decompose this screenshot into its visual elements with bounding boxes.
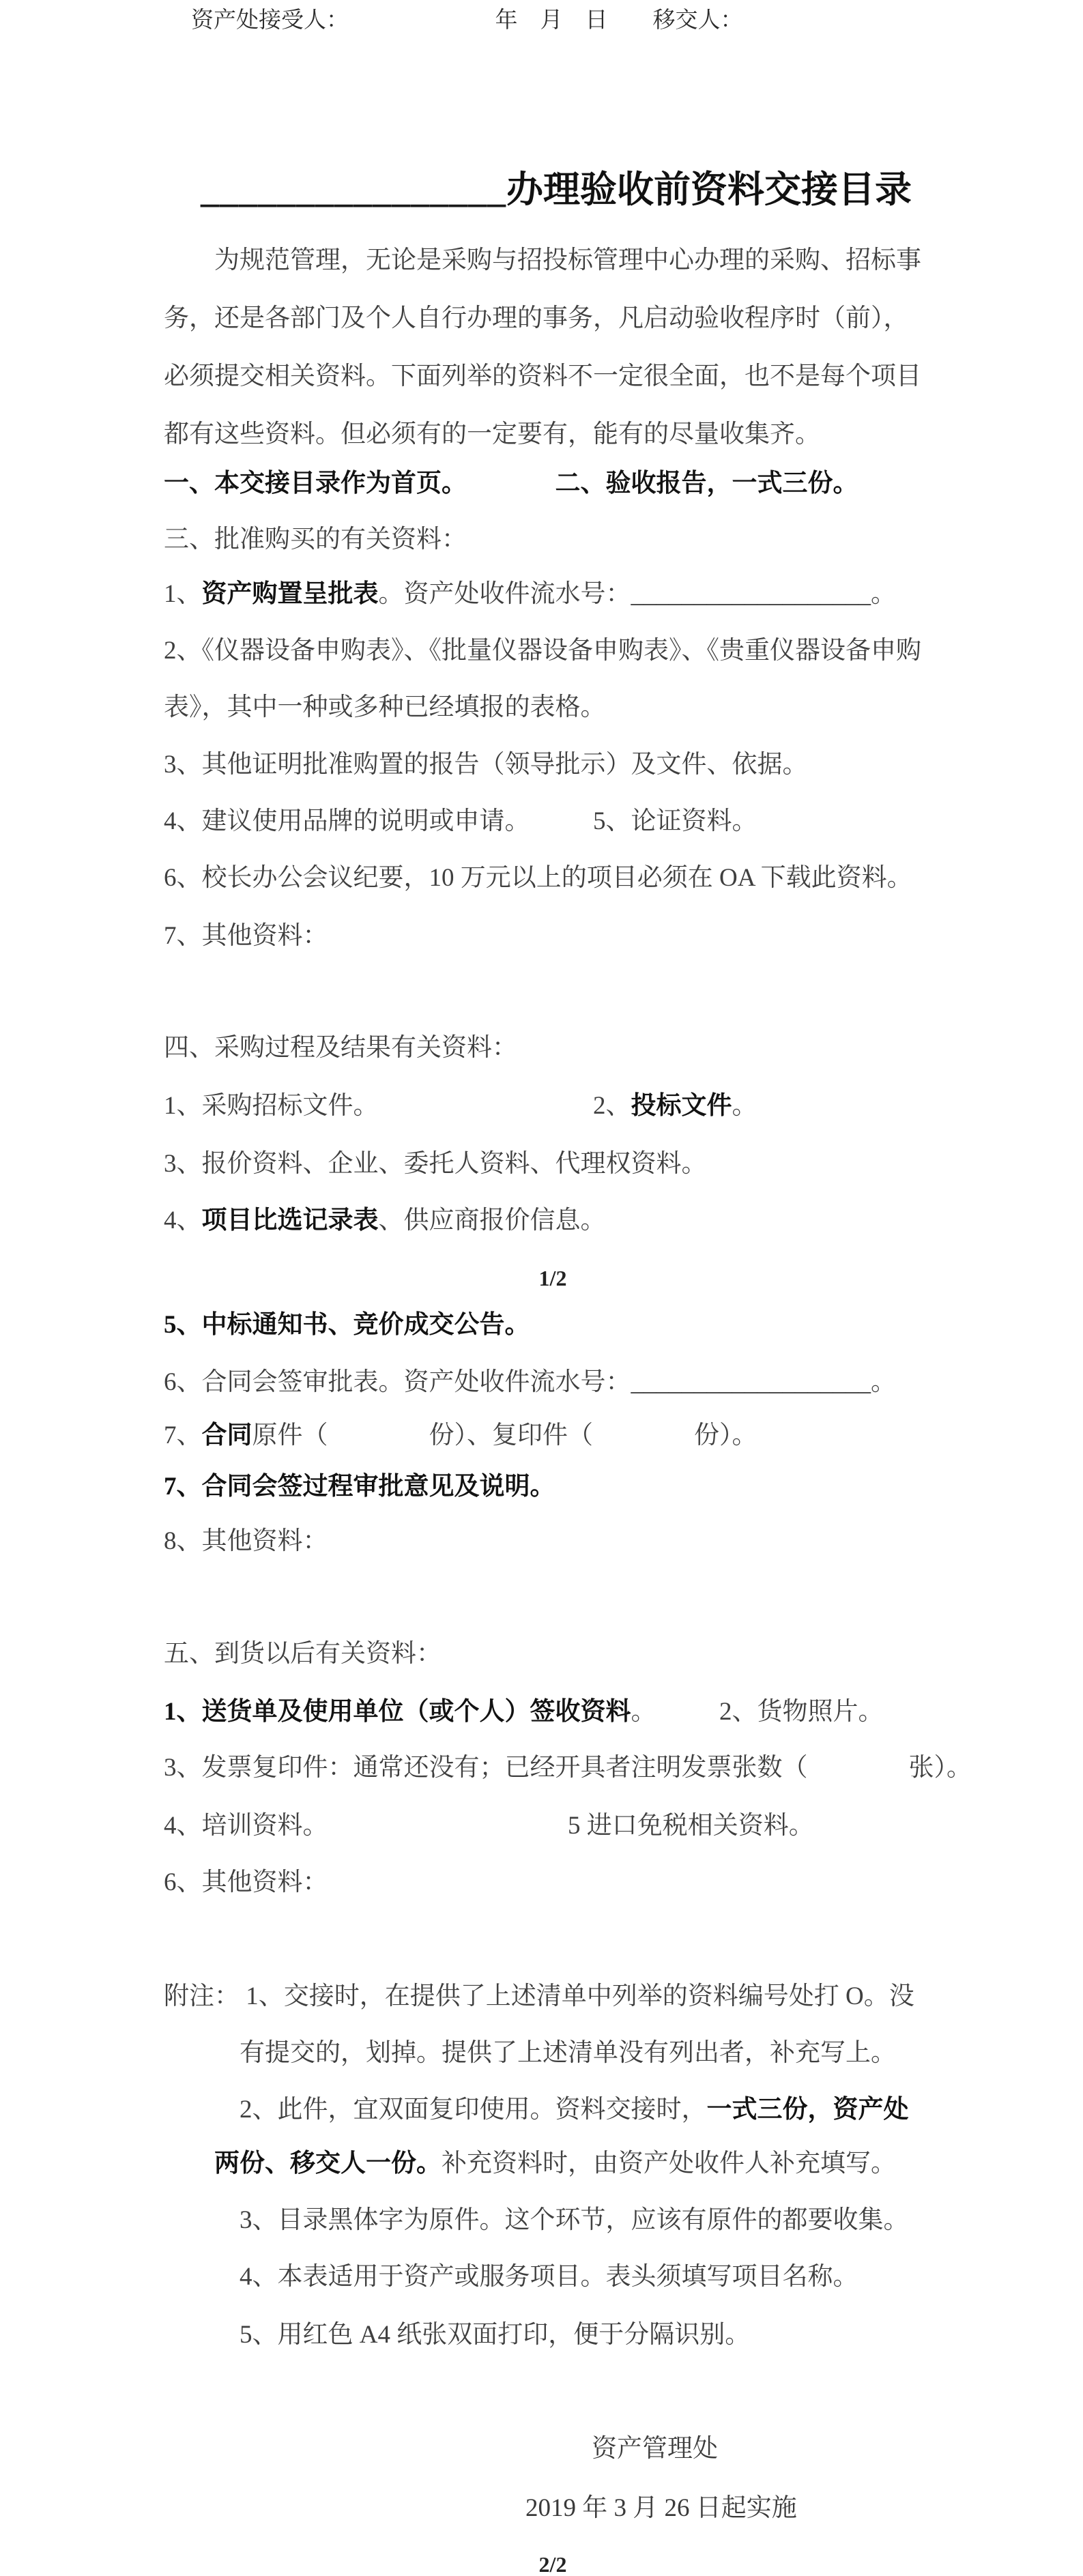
text-run: 为规范管理，无论是采购与招投标管理中心办理的采购、招标事 bbox=[164, 246, 921, 274]
bold-text-run: 资产购置呈批表 bbox=[202, 580, 379, 608]
s3-item-2-line2: 表》，其中一种或多种已经填报的表格。 bbox=[164, 691, 606, 724]
text-run: 6、其他资料： bbox=[164, 1868, 328, 1896]
s5-item-1-2: 1、送货单及使用单位（或个人）签收资料。 2、货物照片。 bbox=[164, 1695, 884, 1728]
text-run: 附注： 1、交接时，在提供了上述清单中列举的资料编号处打 O。没 bbox=[164, 1982, 914, 2010]
text-run: 三、批准购买的有关资料： bbox=[164, 525, 467, 553]
bold-text-run: 7、合同会签过程审批意见及说明。 bbox=[164, 1473, 555, 1501]
text-run: 原件（ 份）、复印件（ 份）。 bbox=[252, 1421, 757, 1449]
intro-line-1: 为规范管理，无论是采购与招投标管理中心办理的采购、招标事 bbox=[164, 244, 921, 277]
text-run: 。 bbox=[732, 1092, 757, 1120]
text-run: 五、到货以后有关资料： bbox=[164, 1640, 442, 1668]
text-run: 4、建议使用品牌的说明或申请。 5、论证资料。 bbox=[164, 807, 757, 835]
header-line: 资产处接受人： 年 月 日 移交人： bbox=[191, 5, 743, 34]
notes-1-line1: 附注： 1、交接时，在提供了上述清单中列举的资料编号处打 O。没 bbox=[164, 1980, 914, 2013]
s4-item-7b: 7、合同会签过程审批意见及说明。 bbox=[164, 1470, 555, 1503]
s3-item-7: 7、其他资料： bbox=[164, 919, 328, 953]
text-run: 7、 bbox=[164, 1421, 202, 1449]
text-run bbox=[164, 2150, 214, 2177]
signature-department: 资产管理处 bbox=[592, 2432, 718, 2465]
section-5-heading: 五、到货以后有关资料： bbox=[164, 1637, 442, 1670]
page-number-2: 2/2 bbox=[0, 2548, 1083, 2576]
text-run: 6、校长办公会议纪要，10 万元以上的项目必须在 OA 下载此资料。 bbox=[164, 864, 912, 892]
text-run: 7、其他资料： bbox=[164, 922, 328, 950]
s4-item-7a: 7、合同原件（ 份）、复印件（ 份）。 bbox=[164, 1419, 757, 1452]
notes-4: 4、本表适用于资产或服务项目。表头须填写项目名称。 bbox=[164, 2260, 858, 2293]
text-run: 必须提交相关资料。下面列举的资料不一定很全面，也不是每个项目 bbox=[164, 362, 921, 390]
s3-item-1: 1、资产购置呈批表。资产处收件流水号：___________________。 bbox=[164, 577, 896, 611]
section-3-heading: 三、批准购买的有关资料： bbox=[164, 523, 467, 556]
intro-line-4: 都有这些资料。但必须有的一定要有，能有的尽量收集齐。 bbox=[164, 418, 820, 451]
page-number-1: 1/2 bbox=[0, 1262, 1083, 1295]
s4-item-5: 5、中标通知书、竞价成交公告。 bbox=[164, 1308, 530, 1342]
s4-item-4: 4、项目比选记录表、供应商报价信息。 bbox=[164, 1204, 606, 1237]
section-4-heading: 四、采购过程及结果有关资料： bbox=[164, 1031, 517, 1065]
s5-item-4-5: 4、培训资料。 5 进口免税相关资料。 bbox=[164, 1809, 814, 1842]
bold-text-run: 合同 bbox=[202, 1421, 252, 1449]
s4-item-3: 3、报价资料、企业、委托人资料、代理权资料。 bbox=[164, 1147, 707, 1181]
signature-effective-date: 2019 年 3 月 26 日起实施 bbox=[525, 2491, 797, 2525]
text-run: 4、培训资料。 5 进口免税相关资料。 bbox=[164, 1812, 814, 1840]
bold-text-run: 一式三份，资产处 bbox=[707, 2096, 909, 2124]
text-run: 3、目录黑体字为原件。这个环节，应该有原件的都要收集。 bbox=[164, 2206, 909, 2234]
text-run: 都有这些资料。但必须有的一定要有，能有的尽量收集齐。 bbox=[164, 420, 820, 448]
title-blank-underline: ________________ bbox=[201, 169, 506, 210]
s5-item-3: 3、发票复印件：通常还没有；已经开具者注明发票张数（ 张）。 bbox=[164, 1751, 972, 1784]
s4-item-6: 6、合同会签审批表。资产处收件流水号：___________________。 bbox=[164, 1365, 896, 1399]
text-run: 表》，其中一种或多种已经填报的表格。 bbox=[164, 693, 606, 721]
document-page: 资产处接受人： 年 月 日 移交人： ________________办理验收前… bbox=[0, 0, 1083, 2576]
bold-text-run: 投标文件 bbox=[631, 1092, 732, 1120]
text-run: 、供应商报价信息。 bbox=[379, 1206, 606, 1234]
s3-item-4-5: 4、建议使用品牌的说明或申请。 5、论证资料。 bbox=[164, 805, 757, 838]
text-run: 。资产处收件流水号：___________________。 bbox=[379, 580, 897, 608]
notes-1-line2: 有提交的，划掉。提供了上述清单没有列出者，补充写上。 bbox=[164, 2036, 896, 2070]
text-run: 8、其他资料： bbox=[164, 1527, 328, 1555]
bold-text-run: 一、本交接目录作为首页。 二、验收报告，一式三份。 bbox=[164, 469, 858, 497]
intro-line-3: 必须提交相关资料。下面列举的资料不一定很全面，也不是每个项目 bbox=[164, 360, 921, 393]
text-run: 2、《仪器设备申购表》、《批量仪器设备申购表》、《贵重仪器设备申购 bbox=[164, 637, 921, 665]
notes-2-line1: 2、此件，宜双面复印使用。资料交接时，一式三份，资产处 bbox=[164, 2093, 909, 2126]
item-1-and-2: 一、本交接目录作为首页。 二、验收报告，一式三份。 bbox=[164, 467, 858, 500]
text-run: 3、报价资料、企业、委托人资料、代理权资料。 bbox=[164, 1150, 707, 1178]
s3-item-2-line1: 2、《仪器设备申购表》、《批量仪器设备申购表》、《贵重仪器设备申购 bbox=[164, 634, 921, 667]
text-run: 有提交的，划掉。提供了上述清单没有列出者，补充写上。 bbox=[164, 2039, 896, 2067]
notes-2-line2: 两份、移交人一份。补充资料时，由资产处收件人补充填写。 bbox=[164, 2147, 896, 2180]
s4-item-8: 8、其他资料： bbox=[164, 1524, 328, 1558]
text-run: 3、其他证明批准购置的报告（领导批示）及文件、依据。 bbox=[164, 751, 808, 779]
text-run: 务，还是各部门及个人自行办理的事务，凡启动验收程序时（前）， bbox=[164, 304, 909, 332]
text-run: 4、本表适用于资产或服务项目。表头须填写项目名称。 bbox=[164, 2263, 858, 2291]
s4-item-1-2: 1、采购招标文件。 2、投标文件。 bbox=[164, 1089, 757, 1123]
bold-text-run: 两份、移交人一份。 bbox=[214, 2150, 442, 2177]
text-run: 3、发票复印件：通常还没有；已经开具者注明发票张数（ 张）。 bbox=[164, 1754, 972, 1782]
s3-item-6: 6、校长办公会议纪要，10 万元以上的项目必须在 OA 下载此资料。 bbox=[164, 861, 912, 895]
bold-text-run: 1、送货单及使用单位（或个人）签收资料 bbox=[164, 1698, 631, 1726]
text-run: 1、采购招标文件。 2、 bbox=[164, 1092, 631, 1120]
notes-3: 3、目录黑体字为原件。这个环节，应该有原件的都要收集。 bbox=[164, 2203, 909, 2237]
text-run: 4、 bbox=[164, 1206, 202, 1234]
bold-text-run: 5、中标通知书、竞价成交公告。 bbox=[164, 1311, 530, 1339]
text-run: 补充资料时，由资产处收件人补充填写。 bbox=[442, 2150, 896, 2177]
notes-5: 5、用红色 A4 纸张双面打印，便于分隔识别。 bbox=[164, 2318, 750, 2351]
intro-line-2: 务，还是各部门及个人自行办理的事务，凡启动验收程序时（前）， bbox=[164, 302, 909, 335]
text-run: 四、采购过程及结果有关资料： bbox=[164, 1034, 517, 1062]
bold-text-run: 项目比选记录表 bbox=[202, 1206, 379, 1234]
text-run: 6、合同会签审批表。资产处收件流水号：___________________。 bbox=[164, 1368, 896, 1396]
page-title: 办理验收前资料交接目录 bbox=[506, 169, 912, 210]
s3-item-3: 3、其他证明批准购置的报告（领导批示）及文件、依据。 bbox=[164, 748, 808, 781]
text-run: 1、 bbox=[164, 580, 202, 608]
title-line: ________________办理验收前资料交接目录 bbox=[164, 124, 912, 255]
text-run: 5、用红色 A4 纸张双面打印，便于分隔识别。 bbox=[164, 2321, 750, 2349]
text-run: 2、此件，宜双面复印使用。资料交接时， bbox=[164, 2096, 707, 2124]
text-run: 。 2、货物照片。 bbox=[631, 1698, 884, 1726]
s5-item-6: 6、其他资料： bbox=[164, 1866, 328, 1899]
